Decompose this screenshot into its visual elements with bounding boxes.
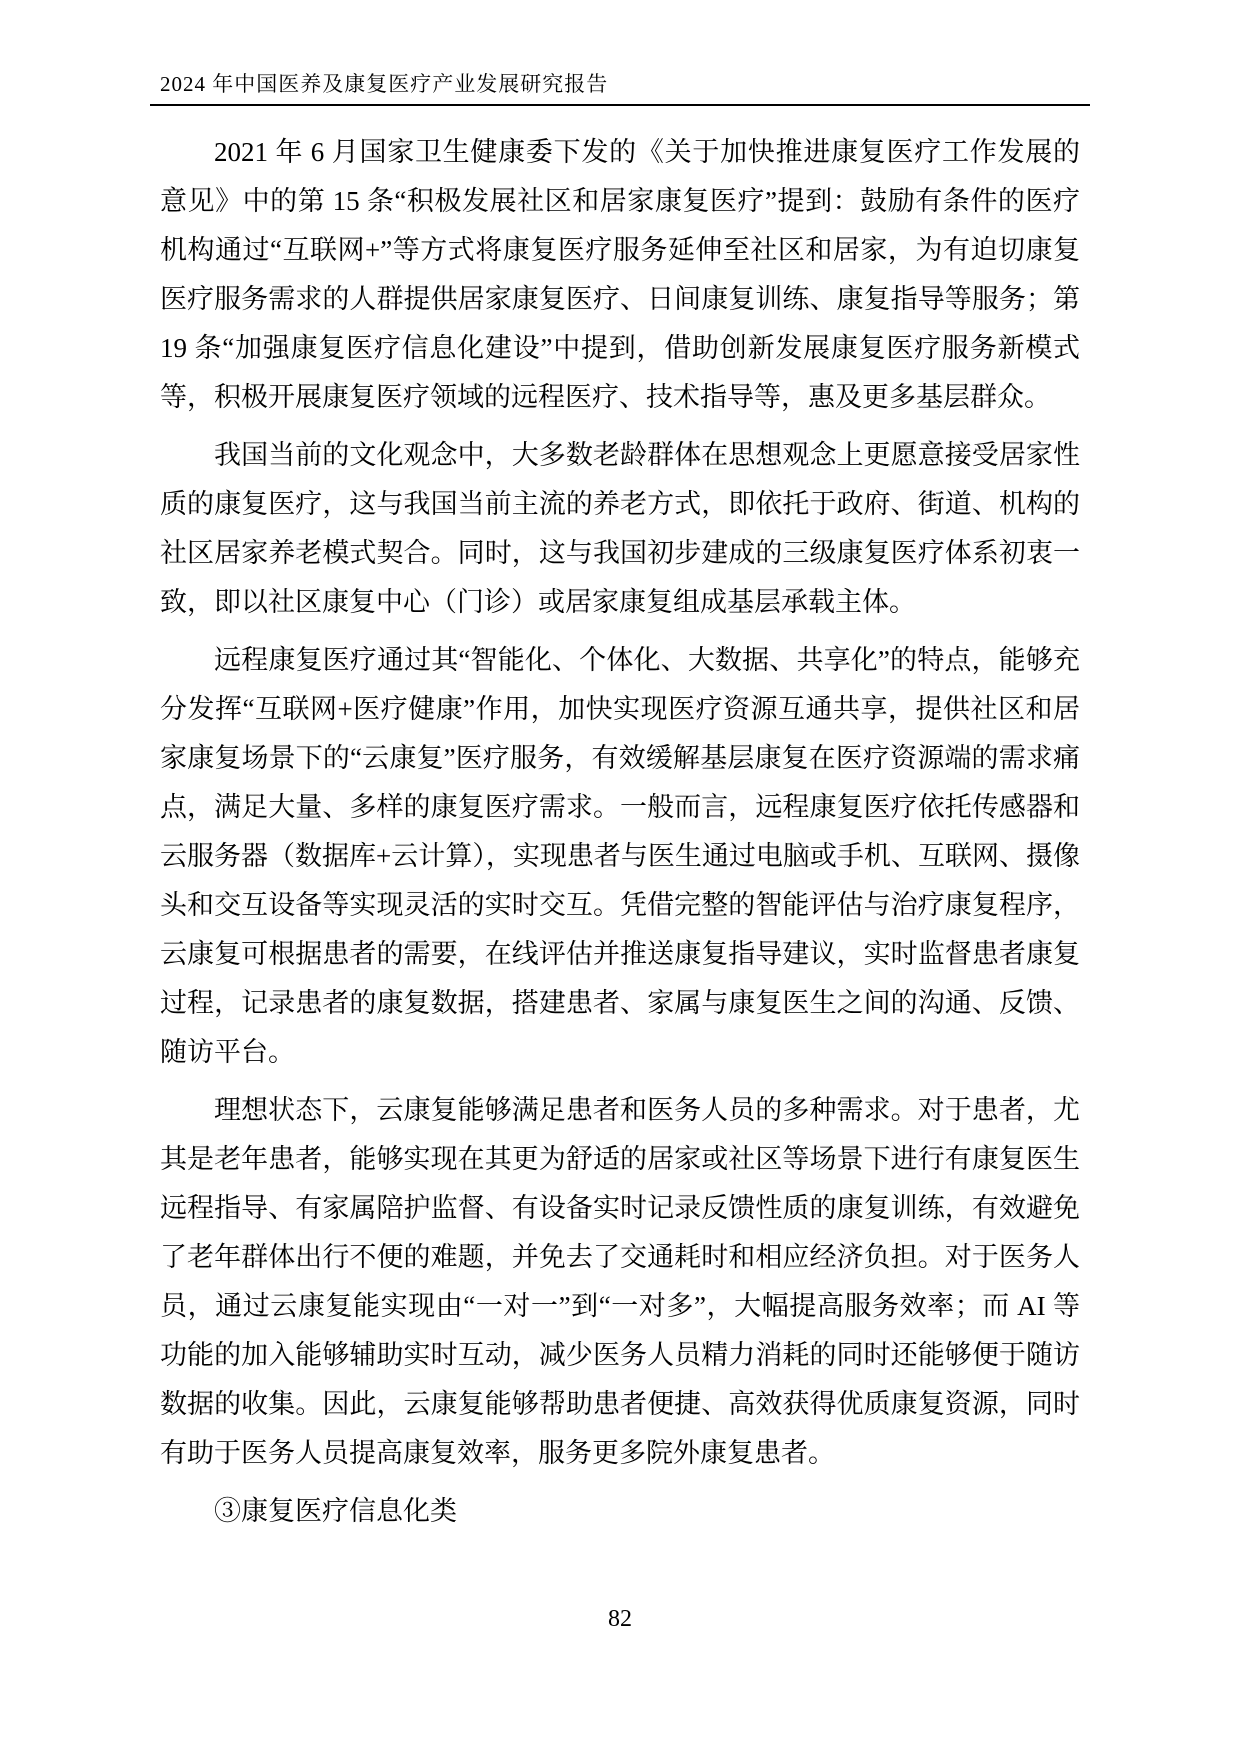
page-body: 2021 年 6 月国家卫生健康委下发的《关于加快推进康复医疗工作发展的意见》中…: [160, 128, 1080, 1545]
page-footer: 82: [0, 1606, 1240, 1633]
paragraph-policy-document: 2021 年 6 月国家卫生健康委下发的《关于加快推进康复医疗工作发展的意见》中…: [160, 128, 1080, 422]
page-number: 82: [608, 1606, 632, 1632]
document-page: 2024 年中国医养及康复医疗产业发展研究报告 2021 年 6 月国家卫生健康…: [0, 0, 1240, 1754]
report-header: 2024 年中国医养及康复医疗产业发展研究报告: [150, 68, 1090, 106]
paragraph-section-heading: ③康复医疗信息化类: [160, 1487, 1080, 1536]
paragraph-remote-rehab: 远程康复医疗通过其“智能化、个体化、大数据、共享化”的特点，能够充分发挥“互联网…: [160, 636, 1080, 1077]
paragraph-culture-context: 我国当前的文化观念中，大多数老龄群体在思想观念上更愿意接受居家性质的康复医疗，这…: [160, 431, 1080, 627]
paragraph-cloud-rehab-benefits: 理想状态下，云康复能够满足患者和医务人员的多种需求。对于患者，尤其是老年患者，能…: [160, 1086, 1080, 1478]
report-header-title: 2024 年中国医养及康复医疗产业发展研究报告: [150, 68, 1090, 98]
